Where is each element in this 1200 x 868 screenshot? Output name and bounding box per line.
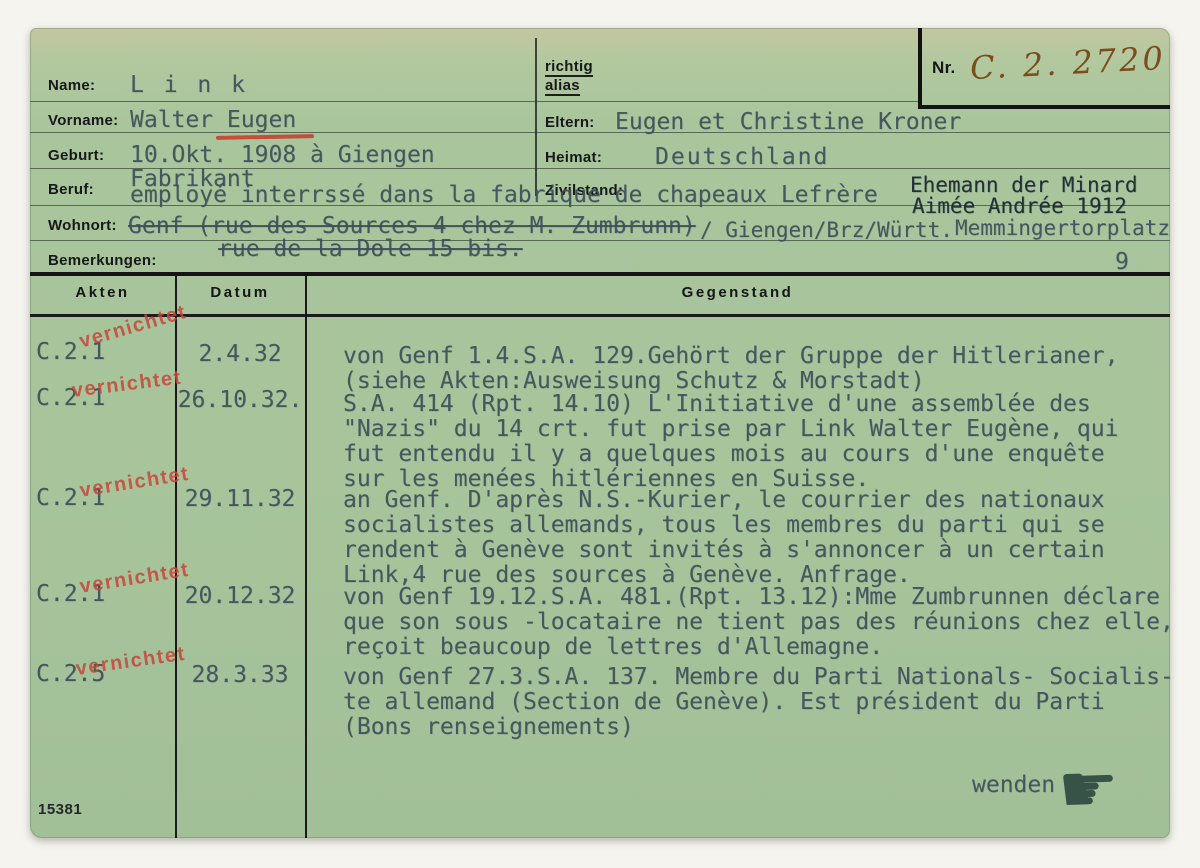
zivilstand-note-line2: Aimée Andrée 1912 [912,194,1127,219]
vorname-value: Walter Eugen [130,108,296,133]
table-row-text: von Genf 27.3.S.A. 137. Membre du Parti … [343,665,1174,740]
wohnort-struck-address-2: rue de la Dole 15 bis. [218,237,523,262]
wohnort-right-value: Memmingertorplatz [955,216,1170,241]
wohnort-house-number: 9 [1115,250,1129,275]
eltern-label: Eltern: [545,114,595,131]
table-row-datum: 20.12.32 [175,584,305,609]
bemerkungen-label: Bemerkungen: [48,252,157,269]
alias-label: alias [545,77,580,96]
table-row-text: von Genf 19.12.S.A. 481.(Rpt. 13.12):Mme… [343,585,1174,660]
wohnort-label: Wohnort: [48,217,117,234]
nr-label: Nr. [932,58,956,78]
vernichtet-stamp: vernichtet [74,643,187,681]
manicule-right-icon: ☛ [1057,755,1120,825]
beruf-label: Beruf: [48,181,94,198]
name-label: Name: [48,77,95,94]
table-top-border [30,272,1170,276]
nr-box-left-border [918,28,922,109]
table-header-underline [30,314,1170,317]
table-row-text: an Genf. D'après N.S.-Kurier, le courrie… [343,488,1105,588]
vernichtet-stamp: vernichtet [77,301,190,354]
nr-handwritten-value: C. 2. 2720 [969,39,1167,87]
index-card: Name: Vorname: Geburt: Beruf: Wohnort: B… [30,28,1170,838]
form-serial-number: 15381 [38,801,82,818]
wohnort-current-value: / Giengen/Brz/Württ. [700,218,953,243]
table-header-akten: Akten [30,284,175,301]
eltern-value: Eugen et Christine Kroner [615,110,961,135]
wenden-note: wenden [972,773,1055,798]
table-row-datum: 29.11.32 [175,487,305,512]
table-header-datum: Datum [175,284,305,301]
table-row-datum: 2.4.32 [175,342,305,367]
table-row-datum: 28.3.33 [175,663,305,688]
heimat-value: Deutschland [655,145,829,170]
scanned-document-page: Name: Vorname: Geburt: Beruf: Wohnort: B… [0,0,1200,868]
table-row-text: von Genf 1.4.S.A. 129.Gehört der Gruppe … [343,344,1118,394]
richtig-label: richtig [545,58,593,77]
heimat-label: Heimat: [545,149,602,166]
beruf-value-line2: employé interrssé dans la fabrique de ch… [130,183,878,208]
header-column-divider [535,38,537,196]
column-divider-datum-gegenstand [305,276,307,838]
rule-under-name-row [30,101,920,102]
geburt-value: 10.Okt. 1908 à Giengen [130,143,435,168]
geburt-label: Geburt: [48,147,104,164]
table-row-text: S.A. 414 (Rpt. 14.10) L'Initiative d'une… [343,392,1118,492]
name-value: L i n k [130,73,248,98]
table-header-gegenstand: Gegenstand [305,284,1170,301]
vernichtet-stamp: vernichtet [71,367,184,403]
vorname-label: Vorname: [48,112,118,129]
red-underline-mark [216,134,314,140]
table-row-datum: 26.10.32. [175,388,305,413]
